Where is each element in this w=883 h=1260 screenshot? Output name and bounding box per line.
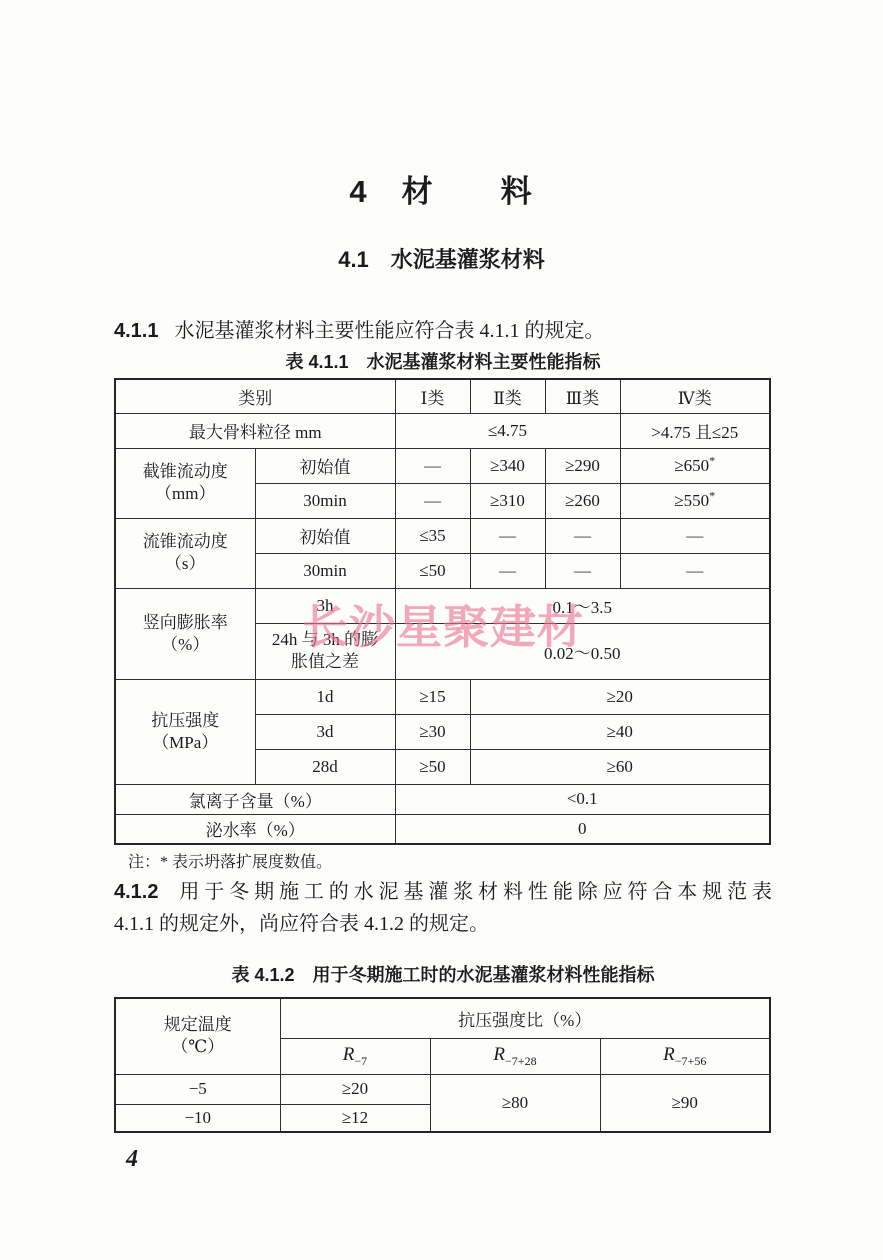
t1-row-aggregate: 最大骨料粒径 mm ≤4.75 >4.75 且≤25 [115, 413, 770, 448]
t1-coneflow-initial-c4: ≥650* [620, 448, 770, 483]
t1-flowcone-label-line1: 流锥流动度 [118, 531, 253, 553]
t1-expansion-24h-name: 24h 与 3h 的膨 胀值之差 [255, 623, 395, 679]
t1-compressive-3d-c234: ≥40 [470, 714, 770, 749]
t1-header-class1: Ⅰ类 [395, 379, 470, 413]
t1-coneflow-initial-name: 初始值 [255, 448, 395, 483]
t1-coneflow-label: 截锥流动度 （mm） [115, 448, 255, 518]
t1-flowcone-30min-c1: ≤50 [395, 553, 470, 588]
t1-flowcone-30min-c2: — [470, 553, 545, 588]
t1-flowcone-30min-name: 30min [255, 553, 395, 588]
clause-4-1-2-line2: 4.1.1 的规定外，尚应符合表 4.1.2 的规定。 [114, 908, 772, 940]
t1-expansion-3h-value: 0.1～3.5 [395, 588, 770, 623]
t1-header-category: 类别 [115, 379, 395, 413]
t2-r756-base: R [663, 1044, 675, 1065]
t1-row-bleeding: 泌水率（%） 0 [115, 814, 770, 844]
t1-flowcone-30min-c4: — [620, 553, 770, 588]
t2-r756-value: ≥90 [600, 1074, 770, 1132]
clause-4-1-2: 4.1.2用于冬期施工的水泥基灌浆材料性能除应符合本规范表 4.1.1 的规定外… [114, 876, 772, 940]
t1-chloride-label: 氯离子含量（%） [115, 784, 395, 814]
t1-expansion-label-line2: （%） [118, 634, 253, 656]
t1-expansion-3h-name: 3h [255, 588, 395, 623]
document-page: 4 材 料 4.1 水泥基灌浆材料 4.1.1水泥基灌浆材料主要性能应符合表 4… [0, 0, 883, 1260]
t1-coneflow-30min-name: 30min [255, 483, 395, 518]
table-4-1-1-caption: 表 4.1.1 水泥基灌浆材料主要性能指标 [114, 348, 772, 374]
t2-col-r7: R−7 [280, 1038, 430, 1074]
t2-r728-sub: −7+28 [505, 1053, 537, 1067]
t1-expansion-24h-name-line1: 24h 与 3h 的膨 [258, 629, 393, 651]
t1-chloride-value: <0.1 [395, 784, 770, 814]
clause-4-1-1: 4.1.1水泥基灌浆材料主要性能应符合表 4.1.1 的规定。 [114, 315, 772, 347]
t1-coneflow-30min-c2: ≥310 [470, 483, 545, 518]
t1-compressive-3d-name: 3d [255, 714, 395, 749]
t2-minus5-r7: ≥20 [280, 1074, 430, 1104]
t1-coneflow-30min-c1: — [395, 483, 470, 518]
t1-flowcone-initial-name: 初始值 [255, 518, 395, 553]
t1-coneflow-initial-c3: ≥290 [545, 448, 620, 483]
t2-r756-sub: −7+56 [675, 1053, 707, 1067]
t1-compressive-label-line2: （MPa） [118, 732, 253, 754]
t1-row-chloride: 氯离子含量（%） <0.1 [115, 784, 770, 814]
t1-row-coneflow-initial: 截锥流动度 （mm） 初始值 — ≥340 ≥290 ≥650* [115, 448, 770, 483]
t1-compressive-label: 抗压强度 （MPa） [115, 679, 255, 784]
t1-row-expansion-3h: 竖向膨胀率 （%） 3h 0.1～3.5 [115, 588, 770, 623]
t1-compressive-1d-c234: ≥20 [470, 679, 770, 714]
t2-col-r728: R−7+28 [430, 1038, 600, 1074]
t1-flowcone-initial-c2: — [470, 518, 545, 553]
clause-4-1-2-number: 4.1.2 [114, 881, 158, 903]
clause-4-1-2-line1: 4.1.2用于冬期施工的水泥基灌浆材料性能除应符合本规范表 [114, 876, 772, 908]
t1-coneflow-30min-c3: ≥260 [545, 483, 620, 518]
t2-minus10-r7: ≥12 [280, 1104, 430, 1132]
t1-compressive-3d-c1: ≥30 [395, 714, 470, 749]
t2-r7-base: R [343, 1044, 355, 1065]
t2-col-r756: R−7+56 [600, 1038, 770, 1074]
t1-flowcone-initial-c4: — [620, 518, 770, 553]
t1-flowcone-label: 流锥流动度 （s） [115, 518, 255, 588]
table-4-1-2: 规定温度 （℃） 抗压强度比（%） R−7 R−7+28 R−7+56 −5 ≥… [114, 997, 771, 1133]
t1-bleeding-label: 泌水率（%） [115, 814, 395, 844]
t1-aggregate-c4: >4.75 且≤25 [620, 413, 770, 448]
t2-header-row1: 规定温度 （℃） 抗压强度比（%） [115, 998, 770, 1038]
t1-expansion-24h-value: 0.02～0.50 [395, 623, 770, 679]
t2-minus5-temp: −5 [115, 1074, 280, 1104]
t1-flowcone-initial-c1: ≤35 [395, 518, 470, 553]
t1-flowcone-initial-c3: — [545, 518, 620, 553]
t2-r728-base: R [493, 1044, 505, 1065]
t1-expansion-24h-name-line2: 胀值之差 [258, 651, 393, 673]
t1-compressive-28d-name: 28d [255, 749, 395, 784]
t1-coneflow-30min-c4-value: ≥550 [674, 491, 709, 510]
t1-aggregate-c123: ≤4.75 [395, 413, 620, 448]
t1-coneflow-initial-c4-star: * [709, 453, 715, 467]
t1-bleeding-value: 0 [395, 814, 770, 844]
t2-r7-sub: −7 [354, 1053, 367, 1067]
t1-flowcone-label-line2: （s） [118, 553, 253, 575]
t1-expansion-label-line1: 竖向膨胀率 [118, 612, 253, 634]
t1-coneflow-initial-c2: ≥340 [470, 448, 545, 483]
t1-header-class4: Ⅳ类 [620, 379, 770, 413]
t1-aggregate-label: 最大骨料粒径 mm [115, 413, 395, 448]
t1-compressive-1d-c1: ≥15 [395, 679, 470, 714]
t1-compressive-28d-c234: ≥60 [470, 749, 770, 784]
table-4-1-1-note: 注：* 表示坍落扩展度数值。 [128, 849, 768, 872]
chapter-title: 4 材 料 [0, 166, 883, 211]
t1-header-row: 类别 Ⅰ类 Ⅱ类 Ⅲ类 Ⅳ类 [115, 379, 770, 413]
t1-coneflow-label-line2: （mm） [118, 483, 253, 505]
t1-coneflow-label-line1: 截锥流动度 [118, 461, 253, 483]
t2-temp-header: 规定温度 （℃） [115, 998, 280, 1074]
t1-row-compressive-1d: 抗压强度 （MPa） 1d ≥15 ≥20 [115, 679, 770, 714]
t2-temp-header-line1: 规定温度 [118, 1014, 278, 1036]
page-number: 4 [126, 1146, 138, 1173]
clause-4-1-2-text1: 用于冬期施工的水泥基灌浆材料性能除应符合本规范表 [174, 881, 772, 903]
t1-compressive-1d-name: 1d [255, 679, 395, 714]
t1-flowcone-30min-c3: — [545, 553, 620, 588]
table-4-1-2-caption: 表 4.1.2 用于冬期施工时的水泥基灌浆材料性能指标 [114, 961, 772, 987]
t2-temp-header-line2: （℃） [118, 1036, 278, 1058]
t1-compressive-28d-c1: ≥50 [395, 749, 470, 784]
t1-coneflow-initial-c1: — [395, 448, 470, 483]
t2-row-minus5: −5 ≥20 ≥80 ≥90 [115, 1074, 770, 1104]
clause-4-1-1-number: 4.1.1 [114, 320, 158, 342]
t1-compressive-label-line1: 抗压强度 [118, 710, 253, 732]
t2-r728-value: ≥80 [430, 1074, 600, 1132]
t1-coneflow-30min-c4: ≥550* [620, 483, 770, 518]
clause-4-1-1-text: 水泥基灌浆材料主要性能应符合表 4.1.1 的规定。 [174, 320, 604, 342]
t2-minus10-temp: −10 [115, 1104, 280, 1132]
t1-coneflow-30min-c4-star: * [709, 488, 715, 502]
t1-header-class3: Ⅲ类 [545, 379, 620, 413]
t2-ratio-header: 抗压强度比（%） [280, 998, 770, 1038]
table-4-1-1: 类别 Ⅰ类 Ⅱ类 Ⅲ类 Ⅳ类 最大骨料粒径 mm ≤4.75 >4.75 且≤2… [114, 378, 771, 845]
t1-row-flowcone-initial: 流锥流动度 （s） 初始值 ≤35 — — — [115, 518, 770, 553]
t1-header-class2: Ⅱ类 [470, 379, 545, 413]
t1-coneflow-initial-c4-value: ≥650 [674, 456, 709, 475]
section-heading: 4.1 水泥基灌浆材料 [0, 243, 883, 274]
t1-expansion-label: 竖向膨胀率 （%） [115, 588, 255, 679]
